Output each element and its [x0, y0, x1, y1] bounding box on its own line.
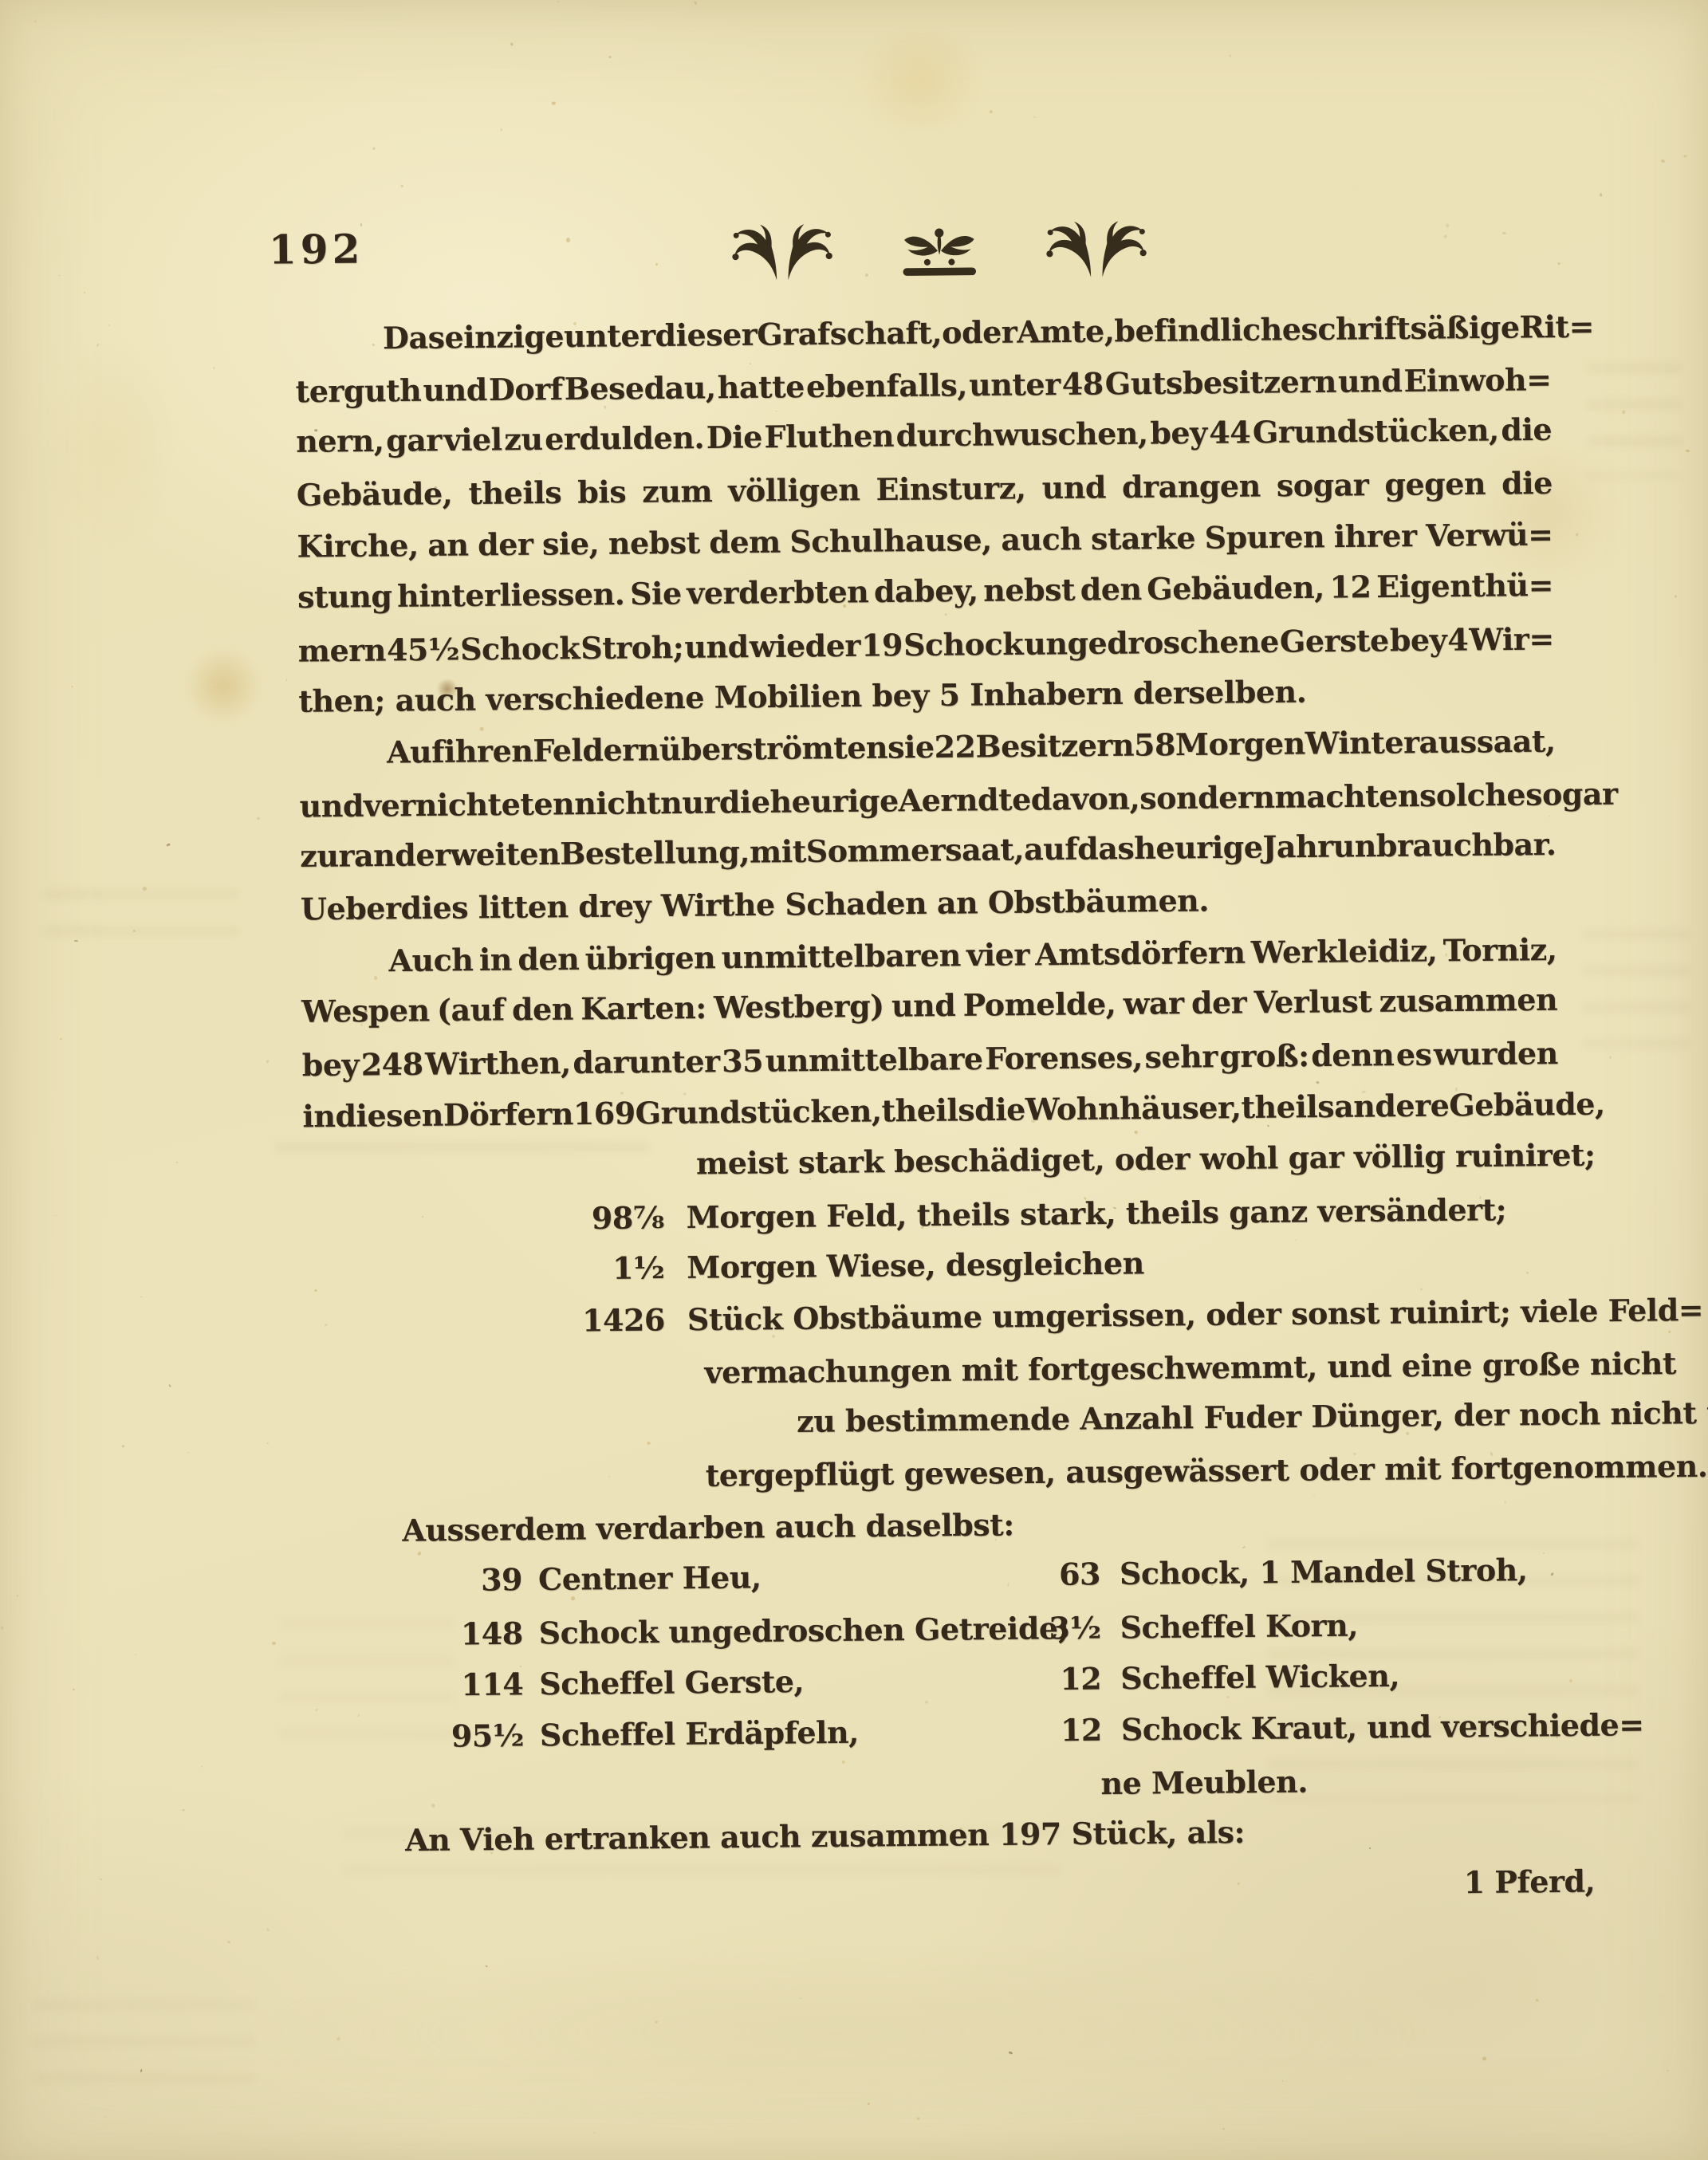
damage-list-row: 39Centner Heu,63Schock, 1 Mandel Stroh,: [307, 1544, 1564, 1607]
catchword: 1 Pferd,: [309, 1855, 1566, 1919]
text-line: AufihrenFeldernüberströmtensie22Besitzer…: [299, 715, 1556, 779]
page-number: 192: [269, 229, 364, 270]
text-line: meist stark beschädiget, oder wohl gar v…: [303, 1129, 1560, 1193]
header-ornaments: [729, 220, 1151, 283]
damage-list-row: 95½Scheffel Erdäpfeln,12Schock Kraut, un…: [309, 1699, 1565, 1763]
paper-speck: [1, 1626, 3, 1629]
text-line: Wespen(aufdenKarten:Westberg)undPomelde,…: [301, 974, 1558, 1037]
text-line: nern,garvielzuerdulden.DieFluthendurchwu…: [296, 403, 1553, 467]
text-line: stunghinterliessen.Sieverderbtendabey,ne…: [297, 559, 1554, 623]
floral-divider-icon: [891, 225, 989, 278]
scanned-book-page: 192 DaseinzigeunterdieserGrafschaft,oder…: [0, 0, 1708, 2160]
text-block: DaseinzigeunterdieserGrafschaft,oderAmte…: [295, 301, 1566, 1919]
fleuron-right-icon: [1043, 221, 1151, 279]
fleuron-left-icon: [729, 224, 836, 282]
